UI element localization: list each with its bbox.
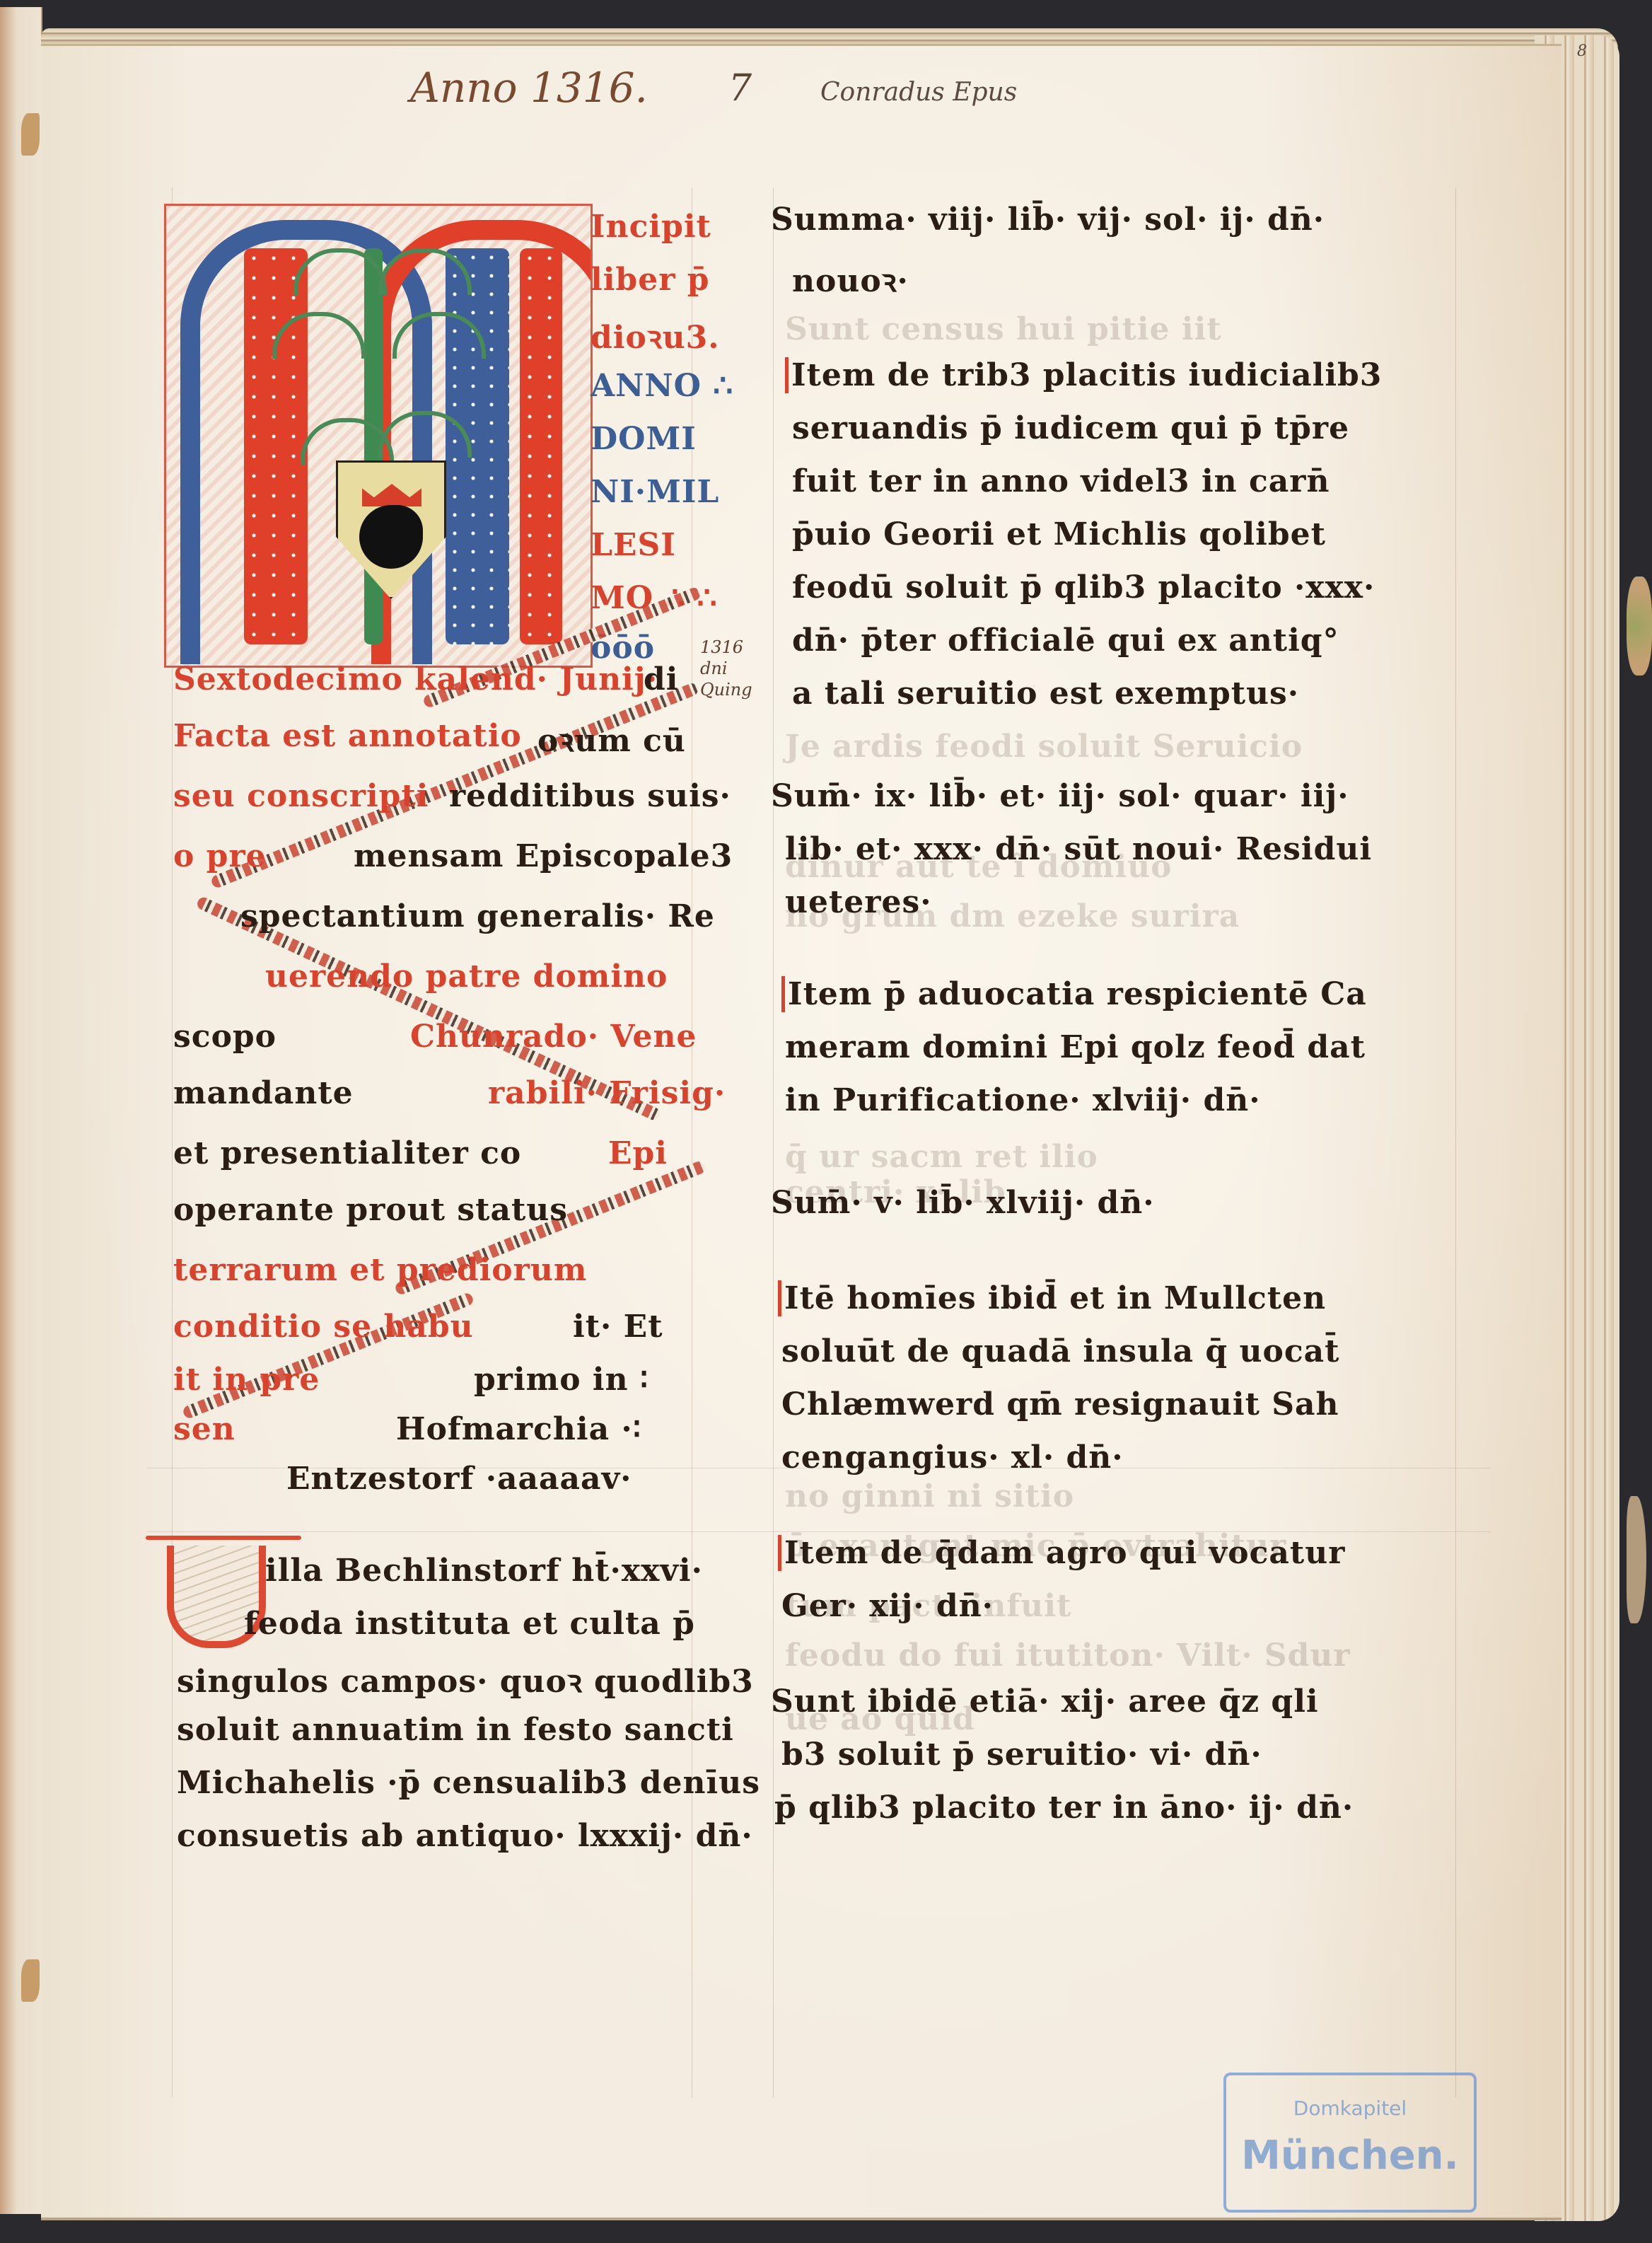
- paragraph-line: soluūt de quadā insula q̄ uocat̄: [781, 1333, 1339, 1369]
- body-line-right: rabili· Frisig·: [488, 1075, 726, 1111]
- villa-line: feoda instituta et culta p̄: [244, 1606, 695, 1642]
- paragraph-line: feodū soluit p̄ qlib3 placito ·xxx·: [792, 569, 1375, 605]
- annotation-mark: 7: [728, 67, 752, 110]
- annotation-year: Anno 1316.: [410, 64, 648, 112]
- body-line-left: seu conscripti: [173, 778, 429, 814]
- left-facing-leaf-edge: [0, 7, 42, 2214]
- body-line-right: Hofmarchia ·∶: [396, 1411, 641, 1447]
- paragraph-line: a tali seruitio est exemptus·: [792, 676, 1299, 712]
- villa-line: consuetis ab antiquo· lxxxij· dn̄·: [177, 1818, 753, 1854]
- body-line-right: mensam Episcopale3: [354, 838, 733, 874]
- paragraph-line: Sum̄· ix· lib̄· et· iij· sol· quar· iij·: [771, 778, 1349, 814]
- initial-stem-red: [520, 248, 562, 644]
- paragraph-line: meram domini Epi qolz feod̄ dat: [785, 1029, 1366, 1065]
- paragraph-line: Itē homīes ibid̄ et in Mullcten: [778, 1280, 1326, 1316]
- paragraph-line: Item de trib3 placitis iudicialib3: [785, 357, 1382, 393]
- incipit-line: NI·MIL: [591, 474, 719, 510]
- paragraph-line: Ger· xij· dn̄·: [781, 1588, 994, 1624]
- villa-line: Michahelis ·p̄ censualib3 denīus: [177, 1765, 760, 1801]
- show-through-line: q̄ ur sacm ret ilio: [785, 1139, 1098, 1175]
- folio-number: 8: [1577, 42, 1587, 60]
- paragraph-line: b3 soluit p̄ seruitio· vi· dn̄·: [781, 1737, 1262, 1773]
- incipit-line: LESI: [591, 527, 676, 563]
- paragraph-line: dn̄· p̄ter officialē qui ex antiq°: [792, 622, 1339, 659]
- body-line-right: Epi: [608, 1135, 668, 1171]
- paragraph-line: ueteres·: [785, 884, 932, 920]
- body-line-left: operante prout status: [173, 1192, 568, 1228]
- body-line-left: it in pre: [173, 1362, 320, 1398]
- body-line-left: mandante: [173, 1075, 354, 1111]
- incipit-line: DOMI: [591, 421, 697, 457]
- paragraph-line: in Purificatione· xlviij· dn̄·: [785, 1082, 1261, 1118]
- body-line-left: conditio se habu: [173, 1309, 474, 1345]
- paragraph-line: Item p̄ aduocatia respicientē Ca: [781, 976, 1367, 1012]
- body-line-right: spectantium generalis· Re: [240, 898, 715, 934]
- body-line-right: di: [644, 661, 678, 697]
- ruling-line-vertical: [1455, 187, 1456, 2097]
- body-line-right: Chunrado· Vene: [410, 1019, 697, 1055]
- margin-annotation-line: dni: [700, 658, 778, 679]
- paragraph-line: seruandis p̄ iudicem qui p̄ tp̄re: [792, 410, 1349, 446]
- villa-line: singulos campos· quoꝛ quodlib3: [177, 1659, 754, 1701]
- paragraph-line: Item de q̄dam agro qui vocatur: [778, 1535, 1345, 1571]
- body-line-right: primo in ∶: [474, 1362, 648, 1398]
- body-line-left: sen: [173, 1411, 235, 1447]
- margin-annotation: 1316 dni Quing: [700, 637, 778, 700]
- parchment-tear: [21, 1959, 40, 2002]
- paragraph-line: lib· et· xxx· dn̄· sūt noui· Residui: [785, 831, 1372, 867]
- crown-icon: [362, 484, 421, 506]
- margin-annotation-line: 1316: [700, 637, 778, 658]
- show-through-line: no ginni ni sitio: [785, 1478, 1074, 1514]
- incipit-line: ANNO ∴: [591, 368, 733, 404]
- villa-line: soluit annuatim in festo sancti: [177, 1712, 734, 1748]
- moor-head-icon: [359, 505, 423, 569]
- body-line-left: Facta est annotatio: [173, 718, 522, 754]
- stamp-line-2: München.: [1226, 2133, 1474, 2179]
- library-stamp: Domkapitel München.: [1223, 2073, 1477, 2213]
- paragraph-line: Sunt ibidē etiā· xij· aree q̄z qli: [771, 1683, 1319, 1720]
- villa-line: illa Bechlinstorf ht̄·xxvi·: [265, 1553, 703, 1589]
- incipit-line: dioꝛu3.: [591, 315, 720, 357]
- incipit-line: liber p̄: [591, 262, 709, 298]
- body-line-left: o pre: [173, 838, 267, 874]
- body-line-right: oꝛum cū: [537, 718, 686, 760]
- parchment-tear: [21, 113, 40, 156]
- annotation-bishop-name: Conradus Epus: [820, 78, 1017, 107]
- paragraph-line: Sum̄· v· lib̄· xlviij· dn̄·: [771, 1185, 1155, 1221]
- paragraph-line: p̄uio Georii et Michlis qolibet: [792, 516, 1326, 552]
- initial-stem-red: [244, 248, 308, 644]
- fore-edge-tab-green: [1627, 576, 1652, 676]
- illuminated-initial-m: [164, 204, 593, 668]
- paragraph-line: fuit ter in anno videl3 in carn̄: [792, 463, 1330, 499]
- show-through-line: feodu do fui itutiton· Vilt· Sdur: [785, 1638, 1351, 1674]
- body-line-left: Sextodecimo kalend· Junij·: [173, 661, 658, 697]
- show-through-line: Je ardis feodi soluit Seruicio: [785, 729, 1303, 765]
- paragraph-line: Chlæmwerd qm̄ resignauit Sah: [781, 1386, 1339, 1422]
- paragraph-line: nouoꝛ·: [792, 258, 909, 301]
- fore-edge-tab-torn: [1627, 1496, 1646, 1623]
- incipit-line: Incipit: [591, 209, 711, 245]
- margin-annotation-line: Quing: [700, 679, 778, 700]
- body-line-right: uerendo patre domino: [265, 958, 668, 995]
- paragraph-line: cengangius· xl· dn̄·: [781, 1439, 1124, 1476]
- body-line-left: scopo: [173, 1019, 277, 1055]
- paragraph-line: p̄ qlib3 placito ter in āno· ij· dn̄·: [774, 1790, 1354, 1826]
- body-line-right: redditibus suis·: [449, 778, 731, 814]
- body-line-left: et presentialiter co: [173, 1135, 521, 1171]
- body-line-right: it· Et: [573, 1309, 663, 1345]
- paragraph-line: Summa· viij· lib̄· vij· sol· ij· dn̄·: [771, 202, 1325, 238]
- show-through-line: Sunt census hui pitie iit: [785, 311, 1222, 347]
- stamp-line-1: Domkapitel: [1226, 2097, 1474, 2120]
- body-line-right: Entzestorf ·aaaaav·: [286, 1461, 632, 1497]
- body-line-left: terrarum et prediorum: [173, 1252, 587, 1288]
- ruling-line-vertical: [773, 187, 774, 2097]
